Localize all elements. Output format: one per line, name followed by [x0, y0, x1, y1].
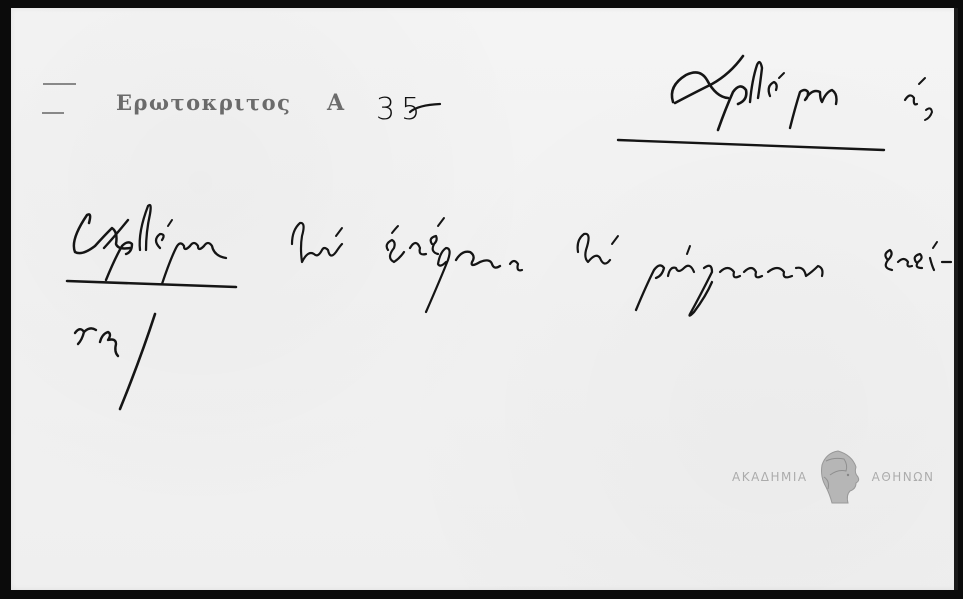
card-edge-shadow [954, 8, 958, 590]
lemma-heading: Αρτέμη ή, [668, 65, 938, 135]
academy-of-athens-logo: ΑΚΑΔΗΜΙΑ ΑΘΗΝΩΝ [732, 447, 934, 507]
quotation-line-1: Αρτέμη την έλεγασι τη ρήγισσαν εκεί- [70, 215, 950, 305]
margin-mark-top [43, 83, 76, 85]
handwritten-line-number: 35 [376, 92, 426, 127]
scan-frame: Ερωτοκριτος Α 35 Αρτέμη ή, Αρτέμη την έλ… [0, 0, 963, 599]
logo-right-text: ΑΘΗΝΩΝ [872, 470, 935, 484]
quotation-line-2: νη/ [70, 320, 170, 410]
athena-head-icon [818, 447, 862, 507]
typed-headword: Ερωτοκριτος [116, 90, 291, 115]
logo-left-text: ΑΚΑΔΗΜΙΑ [732, 470, 808, 484]
margin-mark-bottom [42, 112, 64, 114]
typed-volume: Α [327, 90, 344, 116]
